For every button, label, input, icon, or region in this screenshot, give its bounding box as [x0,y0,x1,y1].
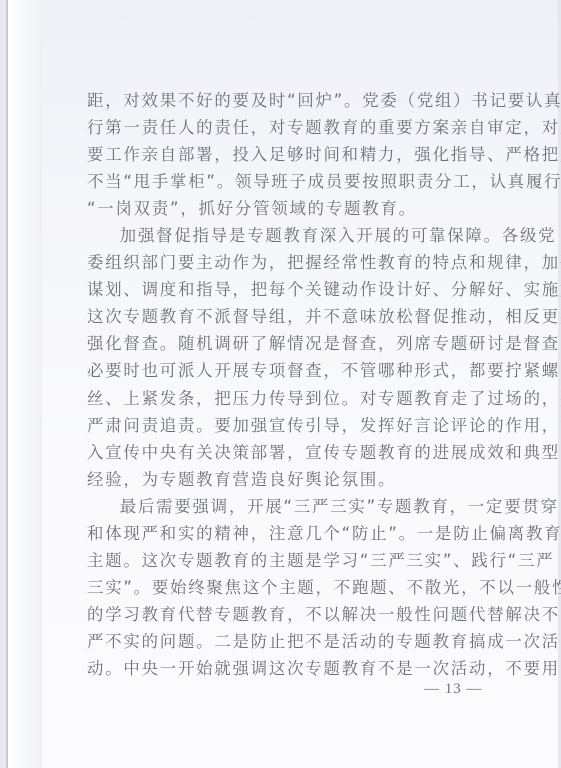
paragraph-3: 最后需要强调，开展“三严三实”专题教育，一定要贯穿 和体现严和实的精神，注意几个… [87,493,489,682]
text-line: 丝、上紧发条，把压力传导到位。对专题教育走了过场的，要 [87,385,489,412]
paragraph-1: 距，对效果不好的要及时“回炉”。党委（党组）书记要认真履 行第一责任人的责任，对… [87,87,489,222]
text-line: 主题。这次专题教育的主题是学习“三严三实”、践行“三严 [87,547,489,574]
text-line: 经验，为专题教育营造良好舆论氛围。 [87,466,489,493]
text-line: 行第一责任人的责任，对专题教育的重要方案亲自审定，对重 [87,114,489,141]
text-line: 的学习教育代替专题教育，不以解决一般性问题代替解决不 [87,601,489,628]
text-line: 不当“甩手掌柜”。领导班子成员要按照职责分工，认真履行 [87,168,489,195]
text-line: 强化督查。随机调研了解情况是督查，列席专题研讨是督查， [87,330,489,357]
text-line: 谋划、调度和指导，把每个关键动作设计好、分解好、实施好。 [87,276,489,303]
text-line: 严不实的问题。二是防止把不是活动的专题教育搞成一次活 [87,628,489,655]
scanned-page: 距，对效果不好的要及时“回炉”。党委（党组）书记要认真履 行第一责任人的责任，对… [0,0,561,768]
text-line: 距，对效果不好的要及时“回炉”。党委（党组）书记要认真履 [87,87,489,114]
page-number: — 13 — [424,681,483,698]
text-line: 和体现严和实的精神，注意几个“防止”。一是防止偏离教育 [87,520,489,547]
page-shadow [8,0,42,768]
paragraph-2: 加强督促指导是专题教育深入开展的可靠保障。各级党 委组织部门要主动作为，把握经常… [87,222,489,492]
text-line: 要工作亲自部署，投入足够时间和精力，强化指导、严格把关， [87,141,489,168]
text-line: 必要时也可派人开展专项督查，不管哪种形式，都要拧紧螺 [87,357,489,384]
text-line: 严肃问责追责。要加强宣传引导，发挥好言论评论的作用，深 [87,412,489,439]
text-line: “一岗双责”，抓好分管领域的专题教育。 [87,195,489,222]
text-line: 最后需要强调，开展“三严三实”专题教育，一定要贯穿 [87,493,489,520]
text-line: 三实”。要始终聚焦这个主题，不跑题、不散光，不以一般性 [87,574,489,601]
text-line: 委组织部门要主动作为，把握经常性教育的特点和规律，加强 [87,249,489,276]
body-text: 距，对效果不好的要及时“回炉”。党委（党组）书记要认真履 行第一责任人的责任，对… [87,87,489,682]
text-line: 动。中央一开始就强调这次专题教育不是一次活动，不要用 [87,655,489,682]
text-line: 入宣传中央有关决策部署，宣传专题教育的进展成效和典型 [87,439,489,466]
text-line: 加强督促指导是专题教育深入开展的可靠保障。各级党 [87,222,489,249]
text-line: 这次专题教育不派督导组，并不意味放松督促推动，相反更要 [87,303,489,330]
